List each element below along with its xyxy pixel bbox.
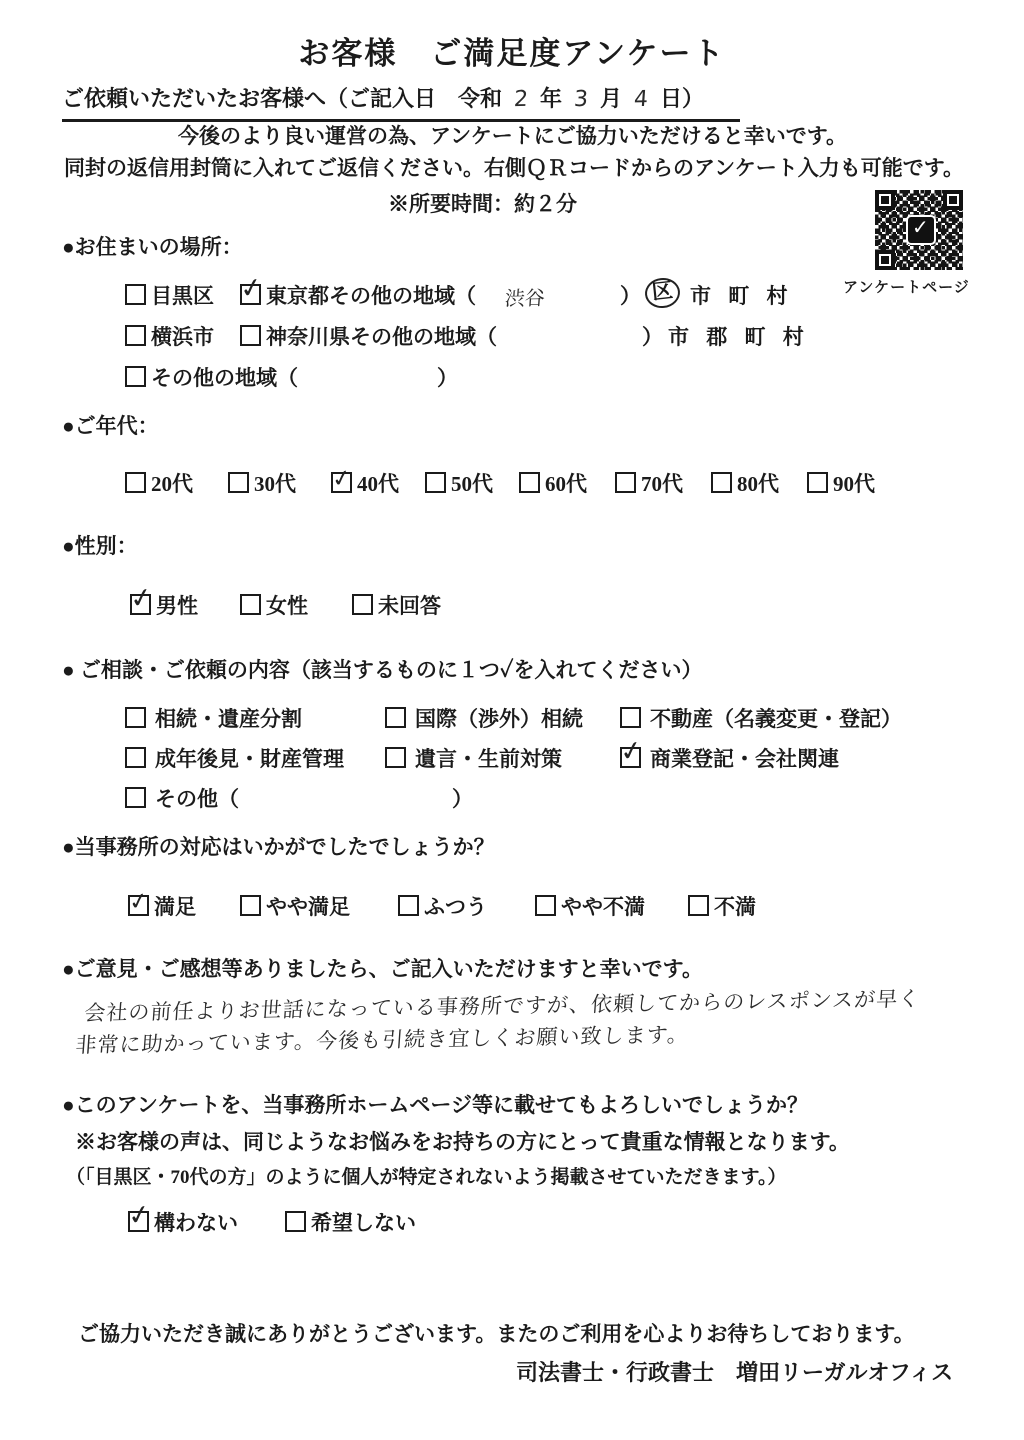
- checkbox-option-guardianship: 成年後見・財産管理: [125, 743, 344, 773]
- option-label: 50代: [451, 472, 493, 496]
- checkbox-allow[interactable]: [128, 1211, 149, 1232]
- handwritten-comment-line-1: 会社の前任よりお世話になっている事務所ですが、依頼してからのレスポンスが早く: [83, 983, 921, 1028]
- handwritten-year: 2: [513, 87, 529, 112]
- checkbox-somewhat-satisfied[interactable]: [240, 895, 261, 916]
- age-heading: ●ご年代：: [62, 410, 159, 440]
- checkbox-option-noanswer: 未回答: [352, 590, 441, 620]
- checkbox-option-consult-other: その他（: [125, 783, 239, 813]
- residence-row-3: その他の地域（ ）: [0, 362, 1024, 396]
- checkbox-option-satisfied: 満足: [128, 891, 196, 921]
- checkbox-option-decline: 希望しない: [285, 1207, 416, 1237]
- checkbox-20s[interactable]: [125, 472, 146, 493]
- qr-code: [875, 190, 963, 270]
- closing-thanks: ご協力いただき誠にありがとうございます。またのご利用を心よりお待ちしております。: [78, 1318, 915, 1348]
- checkbox-40s[interactable]: [331, 472, 352, 493]
- option-label: その他の地域（: [151, 366, 298, 390]
- checkbox-other-area[interactable]: [125, 366, 146, 387]
- checkbox-noanswer[interactable]: [352, 594, 373, 615]
- checkbox-tokyo-other[interactable]: [240, 284, 261, 305]
- checkbox-option-60s: 60代: [519, 468, 587, 498]
- checkbox-option-male: 男性: [130, 590, 198, 620]
- intro-line-2: 同封の返信用封筒に入れてご返信ください。右側ＱＲコードからのアンケート入力も可能…: [64, 152, 964, 182]
- qr-finder-icon: [943, 190, 963, 210]
- option-label: 80代: [737, 472, 779, 496]
- checkbox-50s[interactable]: [425, 472, 446, 493]
- checkbox-guardianship[interactable]: [125, 747, 146, 768]
- option-label: 成年後見・財産管理: [155, 747, 344, 771]
- publish-note-1: ※お客様の声は、同じようなお悩みをお持ちの方にとって貴重な情報となります。: [75, 1126, 850, 1156]
- page-title: お客様 ご満足度アンケート: [0, 28, 1024, 73]
- option-label: 20代: [151, 472, 193, 496]
- paren-close: ）: [642, 321, 663, 351]
- checkbox-option-somewhat-satisfied: やや満足: [240, 891, 350, 921]
- checkbox-dissatisfied[interactable]: [688, 895, 709, 916]
- option-label: 横浜市: [151, 325, 214, 349]
- checkbox-option-commercial: 商業登記・会社関連: [620, 743, 839, 773]
- publish-options-row: 構わない 希望しない: [0, 1207, 1024, 1241]
- handwritten-month: 3: [573, 87, 589, 112]
- comments-heading: ●ご意見・ご感想等ありましたら、ご記入いただけますと幸いです。: [62, 953, 703, 983]
- option-label: 90代: [833, 472, 875, 496]
- option-label: 目黒区: [151, 284, 214, 308]
- consultation-row-1: 相続・遺産分割 国際（渉外）相続 不動産（名義変更・登記）: [0, 703, 1024, 737]
- handwritten-city-fill: 渋谷: [504, 282, 546, 312]
- checkbox-option-will: 遺言・生前対策: [385, 743, 562, 773]
- checkbox-option-40s: 40代: [331, 468, 399, 498]
- checkbox-option-50s: 50代: [425, 468, 493, 498]
- checkbox-option-allow: 構わない: [128, 1207, 238, 1237]
- checkbox-option-90s: 90代: [807, 468, 875, 498]
- checkbox-option-dissatisfied: 不満: [688, 891, 756, 921]
- residence-row-1: 目黒区 東京都その他の地域（ 渋谷 ） 区 市 町 村: [0, 280, 1024, 314]
- option-label: 60代: [545, 472, 587, 496]
- option-label: 70代: [641, 472, 683, 496]
- checkbox-satisfied[interactable]: [128, 895, 149, 916]
- checkbox-will[interactable]: [385, 747, 406, 768]
- qr-center-check-icon: [906, 215, 936, 245]
- row2-tail: 市 郡 町 村: [668, 321, 810, 351]
- intro-line-1: 今後のより良い運営の為、アンケートにご協力いただけると幸いです。: [178, 120, 847, 150]
- consultation-heading: ● ご相談・ご依頼の内容（該当するものに１つ✓を入れてください）: [62, 654, 702, 684]
- checkbox-option-80s: 80代: [711, 468, 779, 498]
- option-label: その他（: [155, 787, 239, 811]
- option-label: 未回答: [378, 594, 441, 618]
- month-label: 月: [600, 86, 622, 111]
- checkbox-consult-other[interactable]: [125, 787, 146, 808]
- checkbox-decline[interactable]: [285, 1211, 306, 1232]
- checkbox-international[interactable]: [385, 707, 406, 728]
- qr-finder-icon: [875, 190, 895, 210]
- option-label: 男性: [156, 594, 198, 618]
- checkbox-option-30s: 30代: [228, 468, 296, 498]
- checkbox-option-somewhat-dissatisfied: やや不満: [535, 891, 645, 921]
- checkbox-neutral[interactable]: [398, 895, 419, 916]
- handwritten-day: 4: [633, 87, 649, 112]
- paren-close: ）: [452, 783, 473, 813]
- checkbox-option-inheritance: 相続・遺産分割: [125, 703, 302, 733]
- gender-heading: ●性別：: [62, 530, 138, 560]
- publish-note-2: （「目黒区・70代の方」のように個人が特定されないよう掲載させていただきます。）: [66, 1162, 786, 1189]
- gender-options-row: 男性 女性 未回答: [0, 590, 1024, 624]
- checkbox-80s[interactable]: [711, 472, 732, 493]
- checkbox-option-20s: 20代: [125, 468, 193, 498]
- checkbox-option-yokohama: 横浜市: [125, 321, 214, 351]
- checkbox-option-international: 国際（渉外）相続: [385, 703, 583, 733]
- option-label: 相続・遺産分割: [155, 707, 302, 731]
- checkbox-option-neutral: ふつう: [398, 891, 487, 921]
- checkbox-option-meguro: 目黒区: [125, 280, 214, 310]
- option-label: やや満足: [266, 895, 350, 919]
- option-label: やや不満: [561, 895, 645, 919]
- checkbox-kanagawa-other[interactable]: [240, 325, 261, 346]
- consultation-row-3: その他（ ）: [0, 783, 1024, 817]
- checkbox-male[interactable]: [130, 594, 151, 615]
- row1-tail: 市 町 村: [690, 280, 794, 310]
- checkbox-option-realestate: 不動産（名義変更・登記）: [620, 703, 902, 733]
- checkbox-option-70s: 70代: [615, 468, 683, 498]
- checkbox-option-kanagawa-other: 神奈川県その他の地域（: [240, 321, 497, 351]
- day-label: 日）: [660, 86, 704, 111]
- survey-scan-page: お客様 ご満足度アンケート ご依頼いただいたお客様へ（ご記入日 令和 2 年 3…: [0, 0, 1024, 1440]
- paren-close: ）: [620, 280, 641, 310]
- publish-heading: ●このアンケートを、当事務所ホームページ等に載せてもよろしいでしょうか？: [62, 1089, 808, 1119]
- year-label: 年: [540, 86, 562, 111]
- option-label: 希望しない: [311, 1211, 416, 1235]
- time-note: ※所要時間：約２分: [388, 188, 577, 218]
- checkbox-commercial[interactable]: [620, 747, 641, 768]
- residence-heading: ●お住まいの場所：: [62, 231, 243, 261]
- checkbox-90s[interactable]: [807, 472, 828, 493]
- option-label: 不満: [714, 895, 756, 919]
- recipient-prefix: ご依頼いただいたお客様へ（ご記入日 令和: [62, 86, 502, 111]
- option-label: 構わない: [154, 1211, 238, 1235]
- option-label: ふつう: [424, 895, 487, 919]
- recipient-date-line: ご依頼いただいたお客様へ（ご記入日 令和 2 年 3 月 4 日）: [62, 82, 740, 122]
- checkbox-meguro[interactable]: [125, 284, 146, 305]
- option-label: 国際（渉外）相続: [415, 707, 583, 731]
- checkbox-60s[interactable]: [519, 472, 540, 493]
- option-label: 女性: [266, 594, 308, 618]
- checkbox-yokohama[interactable]: [125, 325, 146, 346]
- checkbox-inheritance[interactable]: [125, 707, 146, 728]
- residence-row-2: 横浜市 神奈川県その他の地域（ ） 市 郡 町 村: [0, 321, 1024, 355]
- option-label: 40代: [357, 472, 399, 496]
- checkbox-option-tokyo-other: 東京都その他の地域（: [240, 280, 476, 310]
- option-label: 遺言・生前対策: [415, 747, 562, 771]
- option-label: 神奈川県その他の地域（: [266, 325, 497, 349]
- office-signature: 司法書士・行政書士 増田リーガルオフィス: [516, 1356, 953, 1387]
- qr-finder-icon: [875, 250, 895, 270]
- checkbox-female[interactable]: [240, 594, 261, 615]
- age-options-row: 20代 30代 40代 50代 60代 70代 80代 90代: [0, 468, 1024, 502]
- circled-ku: 区: [644, 276, 682, 310]
- checkbox-70s[interactable]: [615, 472, 636, 493]
- checkbox-30s[interactable]: [228, 472, 249, 493]
- option-label: 商業登記・会社関連: [650, 747, 839, 771]
- checkbox-realestate[interactable]: [620, 707, 641, 728]
- checkbox-option-female: 女性: [240, 590, 308, 620]
- option-label: 30代: [254, 472, 296, 496]
- option-label: 東京都その他の地域（: [266, 284, 476, 308]
- consultation-row-2: 成年後見・財産管理 遺言・生前対策 商業登記・会社関連: [0, 743, 1024, 777]
- option-label: 不動産（名義変更・登記）: [650, 707, 902, 731]
- response-heading: ●当事務所の対応はいかがでしたでしょうか？: [62, 831, 495, 861]
- checkbox-somewhat-dissatisfied[interactable]: [535, 895, 556, 916]
- option-label: 満足: [154, 895, 196, 919]
- response-options-row: 満足 やや満足 ふつう やや不満 不満: [0, 891, 1024, 925]
- checkbox-option-other-area: その他の地域（: [125, 362, 298, 392]
- paren-close: ）: [437, 362, 458, 392]
